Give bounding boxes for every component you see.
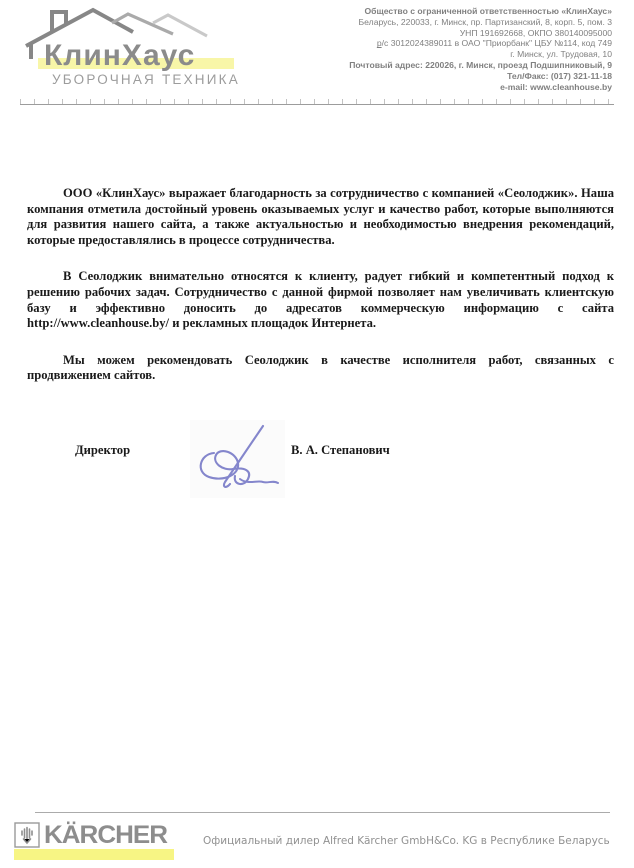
company-address-line: Беларусь, 220033, г. Минск, пр. Партизан… <box>349 17 612 28</box>
letter-page: КлинХаус УБОРОЧНАЯ ТЕХНИКА Общество с ог… <box>0 0 634 868</box>
paragraph-cooperation: В Сеолоджик внимательно относятся к клие… <box>27 269 614 331</box>
paragraph-recommendation: Мы можем рекомендовать Сеолоджик в качес… <box>27 353 614 384</box>
signer-title: Директор <box>75 443 130 458</box>
header-separator-line <box>20 99 614 105</box>
signature-image <box>190 420 285 498</box>
company-city-line: г. Минск, ул. Трудовая, 10 <box>349 49 612 60</box>
company-email-line: e-mail: www.cleanhouse.by <box>349 82 612 93</box>
company-account-line: р/с 3012024389011 в ОАО "Приорбанк" ЦБУ … <box>349 38 612 49</box>
company-postal-line: Почтовый адрес: 220026, г. Минск, проезд… <box>349 60 612 71</box>
cleanhouse-logo: КлинХаус УБОРОЧНАЯ ТЕХНИКА <box>18 6 233 94</box>
karcher-yellow-bar <box>14 849 174 860</box>
logo-company-name: КлинХаус <box>44 39 195 73</box>
signer-name: В. А. Степанович <box>291 443 390 458</box>
karcher-mark-icon <box>14 822 40 848</box>
logo-tagline: УБОРОЧНАЯ ТЕХНИКА <box>52 72 240 87</box>
company-name-line: Общество с ограниченной ответственностью… <box>349 6 612 17</box>
paragraph-gratitude: ООО «КлинХаус» выражает благодарность за… <box>27 186 614 248</box>
dealer-statement: Официальный дилер Alfred Kärcher GmbH&Co… <box>203 835 610 847</box>
company-registration-line: УНП 191692668, ОКПО 380140095000 <box>349 28 612 39</box>
letter-body: ООО «КлинХаус» выражает благодарность за… <box>27 186 614 405</box>
company-details-block: Общество с ограниченной ответственностью… <box>349 6 612 92</box>
company-phone-line: Тел/Факс: (017) 321-11-18 <box>349 71 612 82</box>
karcher-brand-name: KÄRCHER <box>44 820 167 849</box>
karcher-logo: KÄRCHER <box>12 820 177 862</box>
handwritten-signature-icon <box>190 420 285 498</box>
footer-separator-line <box>35 812 610 813</box>
